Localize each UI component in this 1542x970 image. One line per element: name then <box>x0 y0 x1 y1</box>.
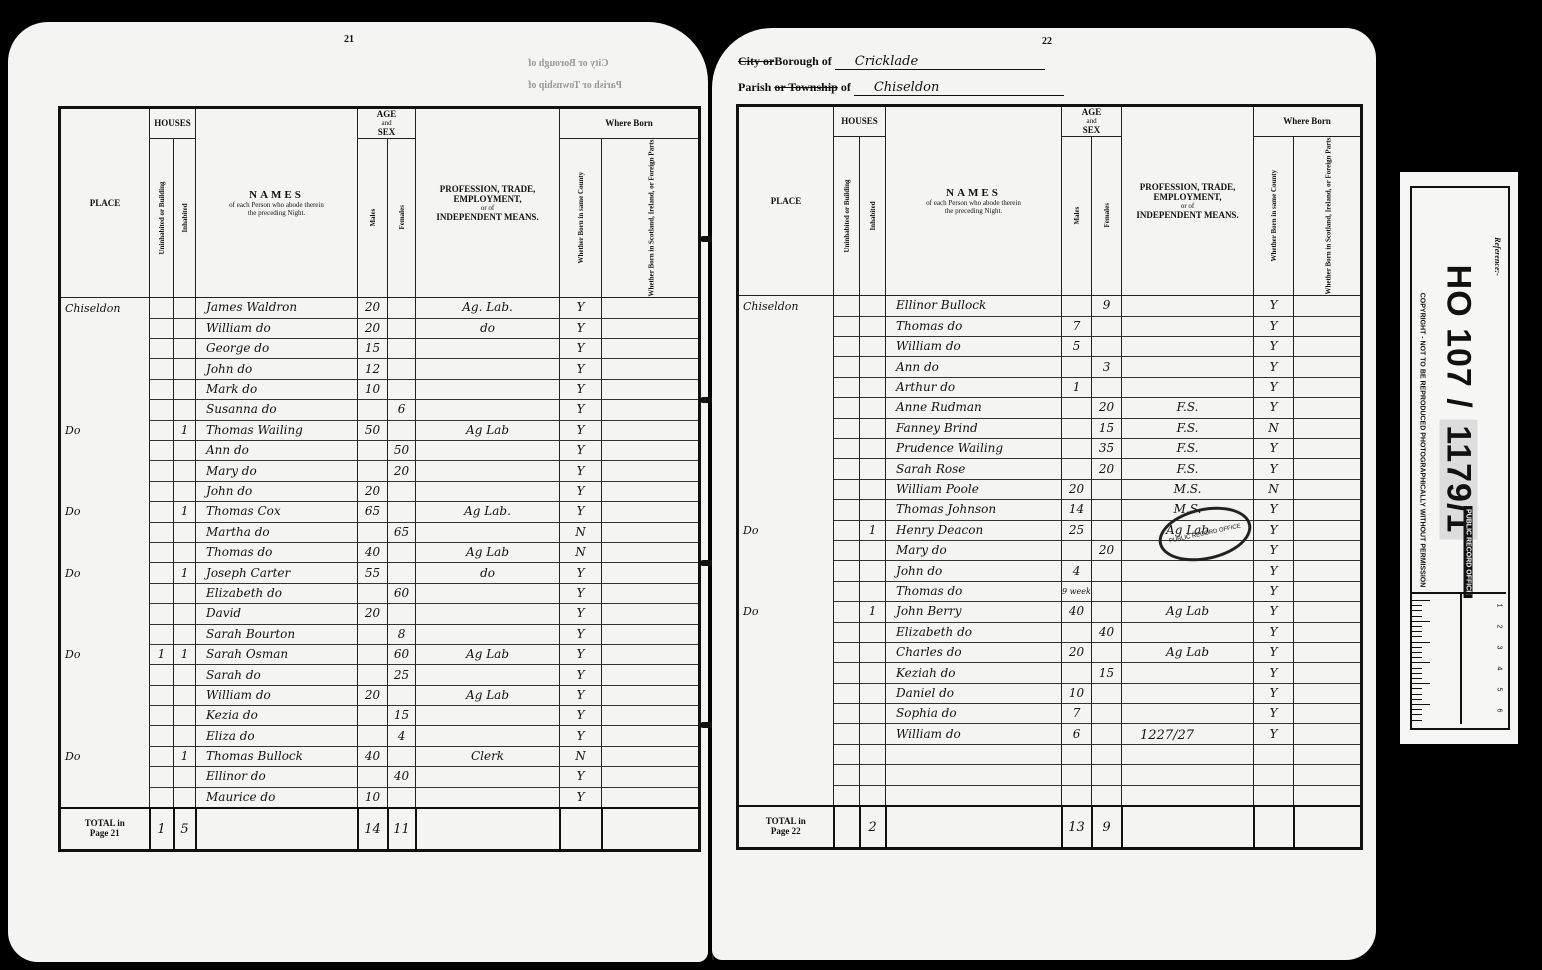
male-age <box>1062 296 1092 316</box>
born-foreign <box>1294 744 1362 764</box>
person-name: Mark do <box>196 379 358 399</box>
person-name: William do <box>196 318 358 338</box>
total-males: 13 <box>1062 806 1092 849</box>
female-age: 50 <box>388 441 416 461</box>
uninhabited-cell <box>834 439 860 459</box>
uninhabited-cell <box>834 377 860 397</box>
uninhabited-cell <box>150 746 174 766</box>
born-foreign <box>1294 663 1362 683</box>
occupation <box>416 441 560 461</box>
place-cell <box>738 581 834 601</box>
column-header-females: Females <box>388 138 416 298</box>
uninhabited-cell <box>834 520 860 540</box>
uninhabited-cell <box>834 744 860 764</box>
uninhabited-cell <box>150 624 174 644</box>
person-name: John do <box>196 359 358 379</box>
table-row: Thomas do9 weeksY <box>738 581 1362 601</box>
column-header-born-same-county: Whether Born in same County <box>1254 136 1294 296</box>
male-age <box>358 583 388 603</box>
column-header-uninhabited: Uninhabited or Building <box>150 138 174 298</box>
place-cell <box>60 441 150 461</box>
male-age: 50 <box>358 420 388 440</box>
born-in-county: Y <box>1254 602 1294 622</box>
born-foreign <box>602 604 700 624</box>
female-age <box>388 787 416 808</box>
occupation <box>1122 561 1254 581</box>
person-name: Ellinor Bullock <box>886 296 1062 316</box>
female-age <box>1092 642 1122 662</box>
table-row: Elizabeth do60Y <box>60 583 700 603</box>
inhabited-cell <box>174 624 196 644</box>
table-row: Martha do65N <box>60 522 700 542</box>
person-name: Daniel do <box>886 683 1062 703</box>
born-in-county: Y <box>1254 520 1294 540</box>
born-foreign <box>602 542 700 562</box>
place-cell <box>60 767 150 787</box>
uninhabited-cell <box>150 787 174 808</box>
male-age: 20 <box>1062 642 1092 662</box>
male-age <box>1062 439 1092 459</box>
place-cell: Do <box>60 420 150 440</box>
person-name: Ann do <box>886 357 1062 377</box>
occupation <box>416 339 560 359</box>
male-age: 40 <box>1062 602 1092 622</box>
uninhabited-cell <box>834 398 860 418</box>
occupation <box>1122 581 1254 601</box>
born-in-county: Y <box>560 624 602 644</box>
city-label: Borough of <box>774 54 831 68</box>
female-age <box>1092 744 1122 764</box>
female-age <box>388 542 416 562</box>
born-in-county: Y <box>560 400 602 420</box>
male-age: 7 <box>1062 704 1092 724</box>
female-age: 20 <box>1092 398 1122 418</box>
female-age <box>388 339 416 359</box>
page-number: 21 <box>344 34 354 45</box>
person-name: Eliza do <box>196 726 358 746</box>
person-name: Thomas Johnson <box>886 500 1062 520</box>
uninhabited-cell <box>834 622 860 642</box>
place-cell <box>60 787 150 808</box>
inhabited-cell <box>860 663 886 683</box>
born-foreign <box>1294 561 1362 581</box>
born-foreign <box>602 726 700 746</box>
male-age <box>1062 622 1092 642</box>
male-age <box>358 624 388 644</box>
place-cell <box>738 439 834 459</box>
person-name: Sarah Bourton <box>196 624 358 644</box>
born-in-county: Y <box>1254 622 1294 642</box>
occupation <box>416 706 560 726</box>
table-row: Elizabeth do40Y <box>738 622 1362 642</box>
female-age <box>388 379 416 399</box>
inhabited-cell <box>860 704 886 724</box>
female-age <box>1092 377 1122 397</box>
born-foreign <box>1294 642 1362 662</box>
person-name: Thomas Cox <box>196 502 358 522</box>
female-age <box>1092 704 1122 724</box>
born-foreign <box>602 359 700 379</box>
total-foreign-blank <box>602 808 700 851</box>
uninhabited-cell <box>150 685 174 705</box>
ruler-label: 1 <box>1495 604 1502 608</box>
person-name: William do <box>886 337 1062 357</box>
inhabited-cell <box>860 561 886 581</box>
born-foreign <box>602 746 700 766</box>
column-header-names: NAMES of each Person who abode therein t… <box>196 108 358 298</box>
city-label-struck: City or <box>738 54 774 68</box>
inhabited-cell <box>860 479 886 499</box>
ruler-tick <box>1412 673 1422 674</box>
occupation <box>416 461 560 481</box>
inhabited-cell <box>860 337 886 357</box>
person-name: Arthur do <box>886 377 1062 397</box>
total-uninhabited: 1 <box>150 808 174 851</box>
page-number: 22 <box>1042 36 1052 47</box>
table-row: Prudence Wailing35F.S.Y <box>738 439 1362 459</box>
born-foreign <box>1294 785 1362 806</box>
male-age: 40 <box>358 746 388 766</box>
left-census-page: 21 City or Borough of Parish or Township… <box>8 22 708 962</box>
ruler-label: 4 <box>1495 667 1502 671</box>
total-label: TOTAL inPage 22 <box>738 806 834 849</box>
male-age: 20 <box>358 318 388 338</box>
female-age <box>1092 581 1122 601</box>
female-age: 9 <box>1092 296 1122 316</box>
male-age: 20 <box>358 685 388 705</box>
occupation <box>416 604 560 624</box>
occupation: Ag Lab <box>416 644 560 664</box>
occupation <box>1122 357 1254 377</box>
born-in-county: Y <box>1254 337 1294 357</box>
table-row: Do1Thomas Cox65Ag Lab.Y <box>60 502 700 522</box>
inhabited-cell <box>174 461 196 481</box>
person-name: William do <box>886 724 1062 744</box>
ruler-tick <box>1412 709 1422 710</box>
total-females: 9 <box>1092 806 1122 849</box>
place-cell <box>60 542 150 562</box>
female-age: 6 <box>388 400 416 420</box>
born-in-county: Y <box>560 298 602 318</box>
female-age: 40 <box>1092 622 1122 642</box>
column-header-where-born: Where Born <box>1254 106 1362 137</box>
female-age <box>1092 479 1122 499</box>
female-age <box>388 359 416 379</box>
person-name <box>886 744 1062 764</box>
ruler-label: 2 <box>1495 625 1502 629</box>
ruler-label: 5 <box>1495 688 1502 692</box>
table-row: William Poole20M.S.N <box>738 479 1362 499</box>
born-in-county: Y <box>1254 459 1294 479</box>
born-foreign <box>602 339 700 359</box>
table-row: Do11Sarah Osman60Ag LabY <box>60 644 700 664</box>
born-in-county: Y <box>560 604 602 624</box>
female-age <box>388 481 416 501</box>
ruler-tick <box>1412 668 1422 669</box>
place-cell <box>738 500 834 520</box>
born-in-county: Y <box>560 726 602 746</box>
male-age: 7 <box>1062 316 1092 336</box>
inhabited-cell <box>860 500 886 520</box>
table-row <box>738 785 1362 806</box>
person-name: Martha do <box>196 522 358 542</box>
male-age <box>358 767 388 787</box>
person-name: Maurice do <box>196 787 358 808</box>
male-age: 4 <box>1062 561 1092 581</box>
table-row: William do20Ag LabY <box>60 685 700 705</box>
occupation: Clerk <box>416 746 560 766</box>
born-foreign <box>602 767 700 787</box>
table-row <box>738 744 1362 764</box>
born-foreign <box>1294 398 1362 418</box>
column-header-males: Males <box>1062 136 1092 296</box>
born-foreign <box>602 461 700 481</box>
female-age: 20 <box>1092 540 1122 560</box>
born-in-county: Y <box>560 583 602 603</box>
person-name: Prudence Wailing <box>886 439 1062 459</box>
uninhabited-cell <box>150 400 174 420</box>
city-borough-line: City orBorough of Cricklade <box>738 54 1045 70</box>
place-cell <box>738 724 834 744</box>
uninhabited-cell <box>834 602 860 622</box>
female-age: 8 <box>388 624 416 644</box>
uninhabited-cell <box>834 683 860 703</box>
place-cell <box>60 624 150 644</box>
place-cell <box>60 583 150 603</box>
inhabited-cell <box>174 318 196 338</box>
inhabited-cell: 1 <box>174 746 196 766</box>
born-in-county: Y <box>1254 724 1294 744</box>
ruler-tick <box>1412 688 1422 689</box>
male-age: 25 <box>1062 520 1092 540</box>
column-header-profession: PROFESSION, TRADE, EMPLOYMENT, or of IND… <box>1122 106 1254 296</box>
ruler-tick <box>1412 694 1422 695</box>
measurement-ruler: 123456 <box>1412 592 1506 724</box>
born-in-county: Y <box>560 502 602 522</box>
column-header-females: Females <box>1092 136 1122 296</box>
inhabited-cell <box>174 441 196 461</box>
born-foreign <box>602 318 700 338</box>
total-foreign-blank <box>1294 806 1362 849</box>
occupation <box>416 481 560 501</box>
male-age <box>1062 744 1092 764</box>
female-age: 60 <box>388 644 416 664</box>
born-in-county: Y <box>560 420 602 440</box>
total-born-blank <box>560 808 602 851</box>
uninhabited-cell <box>150 502 174 522</box>
person-name: John do <box>886 561 1062 581</box>
person-name: John Berry <box>886 602 1062 622</box>
total-names-blank <box>196 808 358 851</box>
table-row: Charles do20Ag LabY <box>738 642 1362 662</box>
female-age <box>388 685 416 705</box>
person-name: Keziah do <box>886 663 1062 683</box>
table-row: Sarah Bourton8Y <box>60 624 700 644</box>
table-row: David20Y <box>60 604 700 624</box>
reference-slip: Reference:- HO 107 / 1179/1 PUBLIC RECOR… <box>1400 172 1518 744</box>
total-names-blank <box>886 806 1062 849</box>
parish-label-struck: or Township <box>774 80 838 94</box>
female-age <box>388 563 416 583</box>
inhabited-cell <box>860 377 886 397</box>
inhabited-cell <box>860 581 886 601</box>
inhabited-cell <box>860 683 886 703</box>
occupation <box>1122 337 1254 357</box>
table-row: Mary do20Y <box>60 461 700 481</box>
born-foreign <box>602 400 700 420</box>
uninhabited-cell <box>834 418 860 438</box>
male-age <box>358 726 388 746</box>
occupation: Ag Lab <box>1122 642 1254 662</box>
born-in-county: Y <box>560 767 602 787</box>
inhabited-cell: 1 <box>174 420 196 440</box>
male-age: 6 <box>1062 724 1092 744</box>
person-name: Sarah Rose <box>886 459 1062 479</box>
female-age: 15 <box>1092 663 1122 683</box>
female-age <box>1092 337 1122 357</box>
uninhabited-cell <box>150 767 174 787</box>
column-header-inhabited: Inhabited <box>174 138 196 298</box>
born-foreign <box>1294 377 1362 397</box>
born-in-county: Y <box>560 644 602 664</box>
uninhabited-cell <box>150 318 174 338</box>
occupation <box>416 624 560 644</box>
occupation <box>1122 744 1254 764</box>
inhabited-cell <box>174 767 196 787</box>
ruler-tick <box>1412 610 1422 611</box>
place-cell: Do <box>60 644 150 664</box>
occupation <box>416 665 560 685</box>
female-age: 60 <box>388 583 416 603</box>
inhabited-cell <box>860 622 886 642</box>
person-name: Elizabeth do <box>196 583 358 603</box>
uninhabited-cell <box>834 642 860 662</box>
occupation <box>1122 622 1254 642</box>
male-age <box>358 441 388 461</box>
born-in-county: N <box>560 522 602 542</box>
born-foreign <box>1294 459 1362 479</box>
place-cell: Chiseldon <box>738 296 834 316</box>
ruler-tick <box>1412 605 1422 606</box>
table-row: Mary do20Y <box>738 540 1362 560</box>
place-cell <box>60 461 150 481</box>
person-name: Susanna do <box>196 400 358 420</box>
place-cell <box>738 683 834 703</box>
born-in-county: Y <box>1254 683 1294 703</box>
table-row: Thomas Johnson14M.S.Y <box>738 500 1362 520</box>
inhabited-cell <box>860 316 886 336</box>
column-header-profession: PROFESSION, TRADE, EMPLOYMENT, or of IND… <box>416 108 560 298</box>
column-header-age-sex: AGE and SEX <box>358 108 416 139</box>
born-foreign <box>602 563 700 583</box>
uninhabited-cell <box>150 726 174 746</box>
born-in-county: Y <box>560 318 602 338</box>
female-age: 20 <box>1092 459 1122 479</box>
person-name: Ellinor do <box>196 767 358 787</box>
place-cell <box>738 357 834 377</box>
occupation: F.S. <box>1122 459 1254 479</box>
names-title: NAMES <box>249 189 304 201</box>
born-foreign <box>1294 704 1362 724</box>
occupation: Ag Lab <box>1122 602 1254 622</box>
table-row: William do6Y <box>738 724 1362 744</box>
place-cell: Do <box>60 746 150 766</box>
born-foreign <box>1294 765 1362 785</box>
inhabited-cell <box>174 400 196 420</box>
born-foreign <box>602 706 700 726</box>
born-in-county: Y <box>560 359 602 379</box>
inhabited-cell <box>174 542 196 562</box>
person-name: David <box>196 604 358 624</box>
female-age: 20 <box>388 461 416 481</box>
person-name: Thomas Bullock <box>196 746 358 766</box>
uninhabited-cell <box>834 785 860 806</box>
inhabited-cell <box>860 418 886 438</box>
place-cell <box>738 418 834 438</box>
born-in-county <box>1254 765 1294 785</box>
inhabited-cell <box>174 583 196 603</box>
female-age <box>1092 765 1122 785</box>
male-age: 10 <box>1062 683 1092 703</box>
person-name: Sophia do <box>886 704 1062 724</box>
born-in-county: Y <box>560 685 602 705</box>
born-foreign <box>1294 724 1362 744</box>
place-cell <box>738 459 834 479</box>
bleed-through-parish-label: Parish or Township of <box>528 80 622 91</box>
born-foreign <box>1294 296 1362 316</box>
folio-annotation: 1227/27 <box>1140 728 1194 743</box>
born-foreign <box>1294 520 1362 540</box>
place-cell <box>738 642 834 662</box>
born-foreign <box>1294 683 1362 703</box>
inhabited-cell <box>860 765 886 785</box>
ruler-tick <box>1412 616 1422 617</box>
inhabited-cell <box>860 642 886 662</box>
born-in-county: N <box>1254 479 1294 499</box>
born-foreign <box>1294 337 1362 357</box>
column-header-born-same-county: Whether Born in same County <box>560 138 602 298</box>
place-cell <box>60 685 150 705</box>
census-rows: ChiseldonEllinor Bullock9YThomas do7YWil… <box>738 296 1362 806</box>
male-age <box>1062 663 1092 683</box>
table-row: Do1Thomas Bullock40ClerkN <box>60 746 700 766</box>
place-cell <box>60 400 150 420</box>
occupation <box>416 359 560 379</box>
city-value: Cricklade <box>835 54 1045 70</box>
person-name: Charles do <box>886 642 1062 662</box>
table-row: John do20Y <box>60 481 700 501</box>
born-in-county <box>1254 785 1294 806</box>
born-foreign <box>602 420 700 440</box>
born-in-county: Y <box>1254 296 1294 316</box>
column-header-males: Males <box>358 138 388 298</box>
uninhabited-cell <box>150 563 174 583</box>
born-in-county: Y <box>560 665 602 685</box>
inhabited-cell <box>174 604 196 624</box>
table-row: Daniel do10Y <box>738 683 1362 703</box>
person-name: Joseph Carter <box>196 563 358 583</box>
male-age <box>1062 357 1092 377</box>
occupation <box>1122 377 1254 397</box>
inhabited-cell <box>174 379 196 399</box>
census-table: PLACE HOUSES NAMES of each Person who ab… <box>58 106 701 852</box>
male-age <box>1062 765 1092 785</box>
male-age: 65 <box>358 502 388 522</box>
uninhabited-cell <box>834 296 860 316</box>
table-row: Thomas do7Y <box>738 316 1362 336</box>
uninhabited-cell <box>150 481 174 501</box>
table-row: Sarah Rose20F.S.Y <box>738 459 1362 479</box>
